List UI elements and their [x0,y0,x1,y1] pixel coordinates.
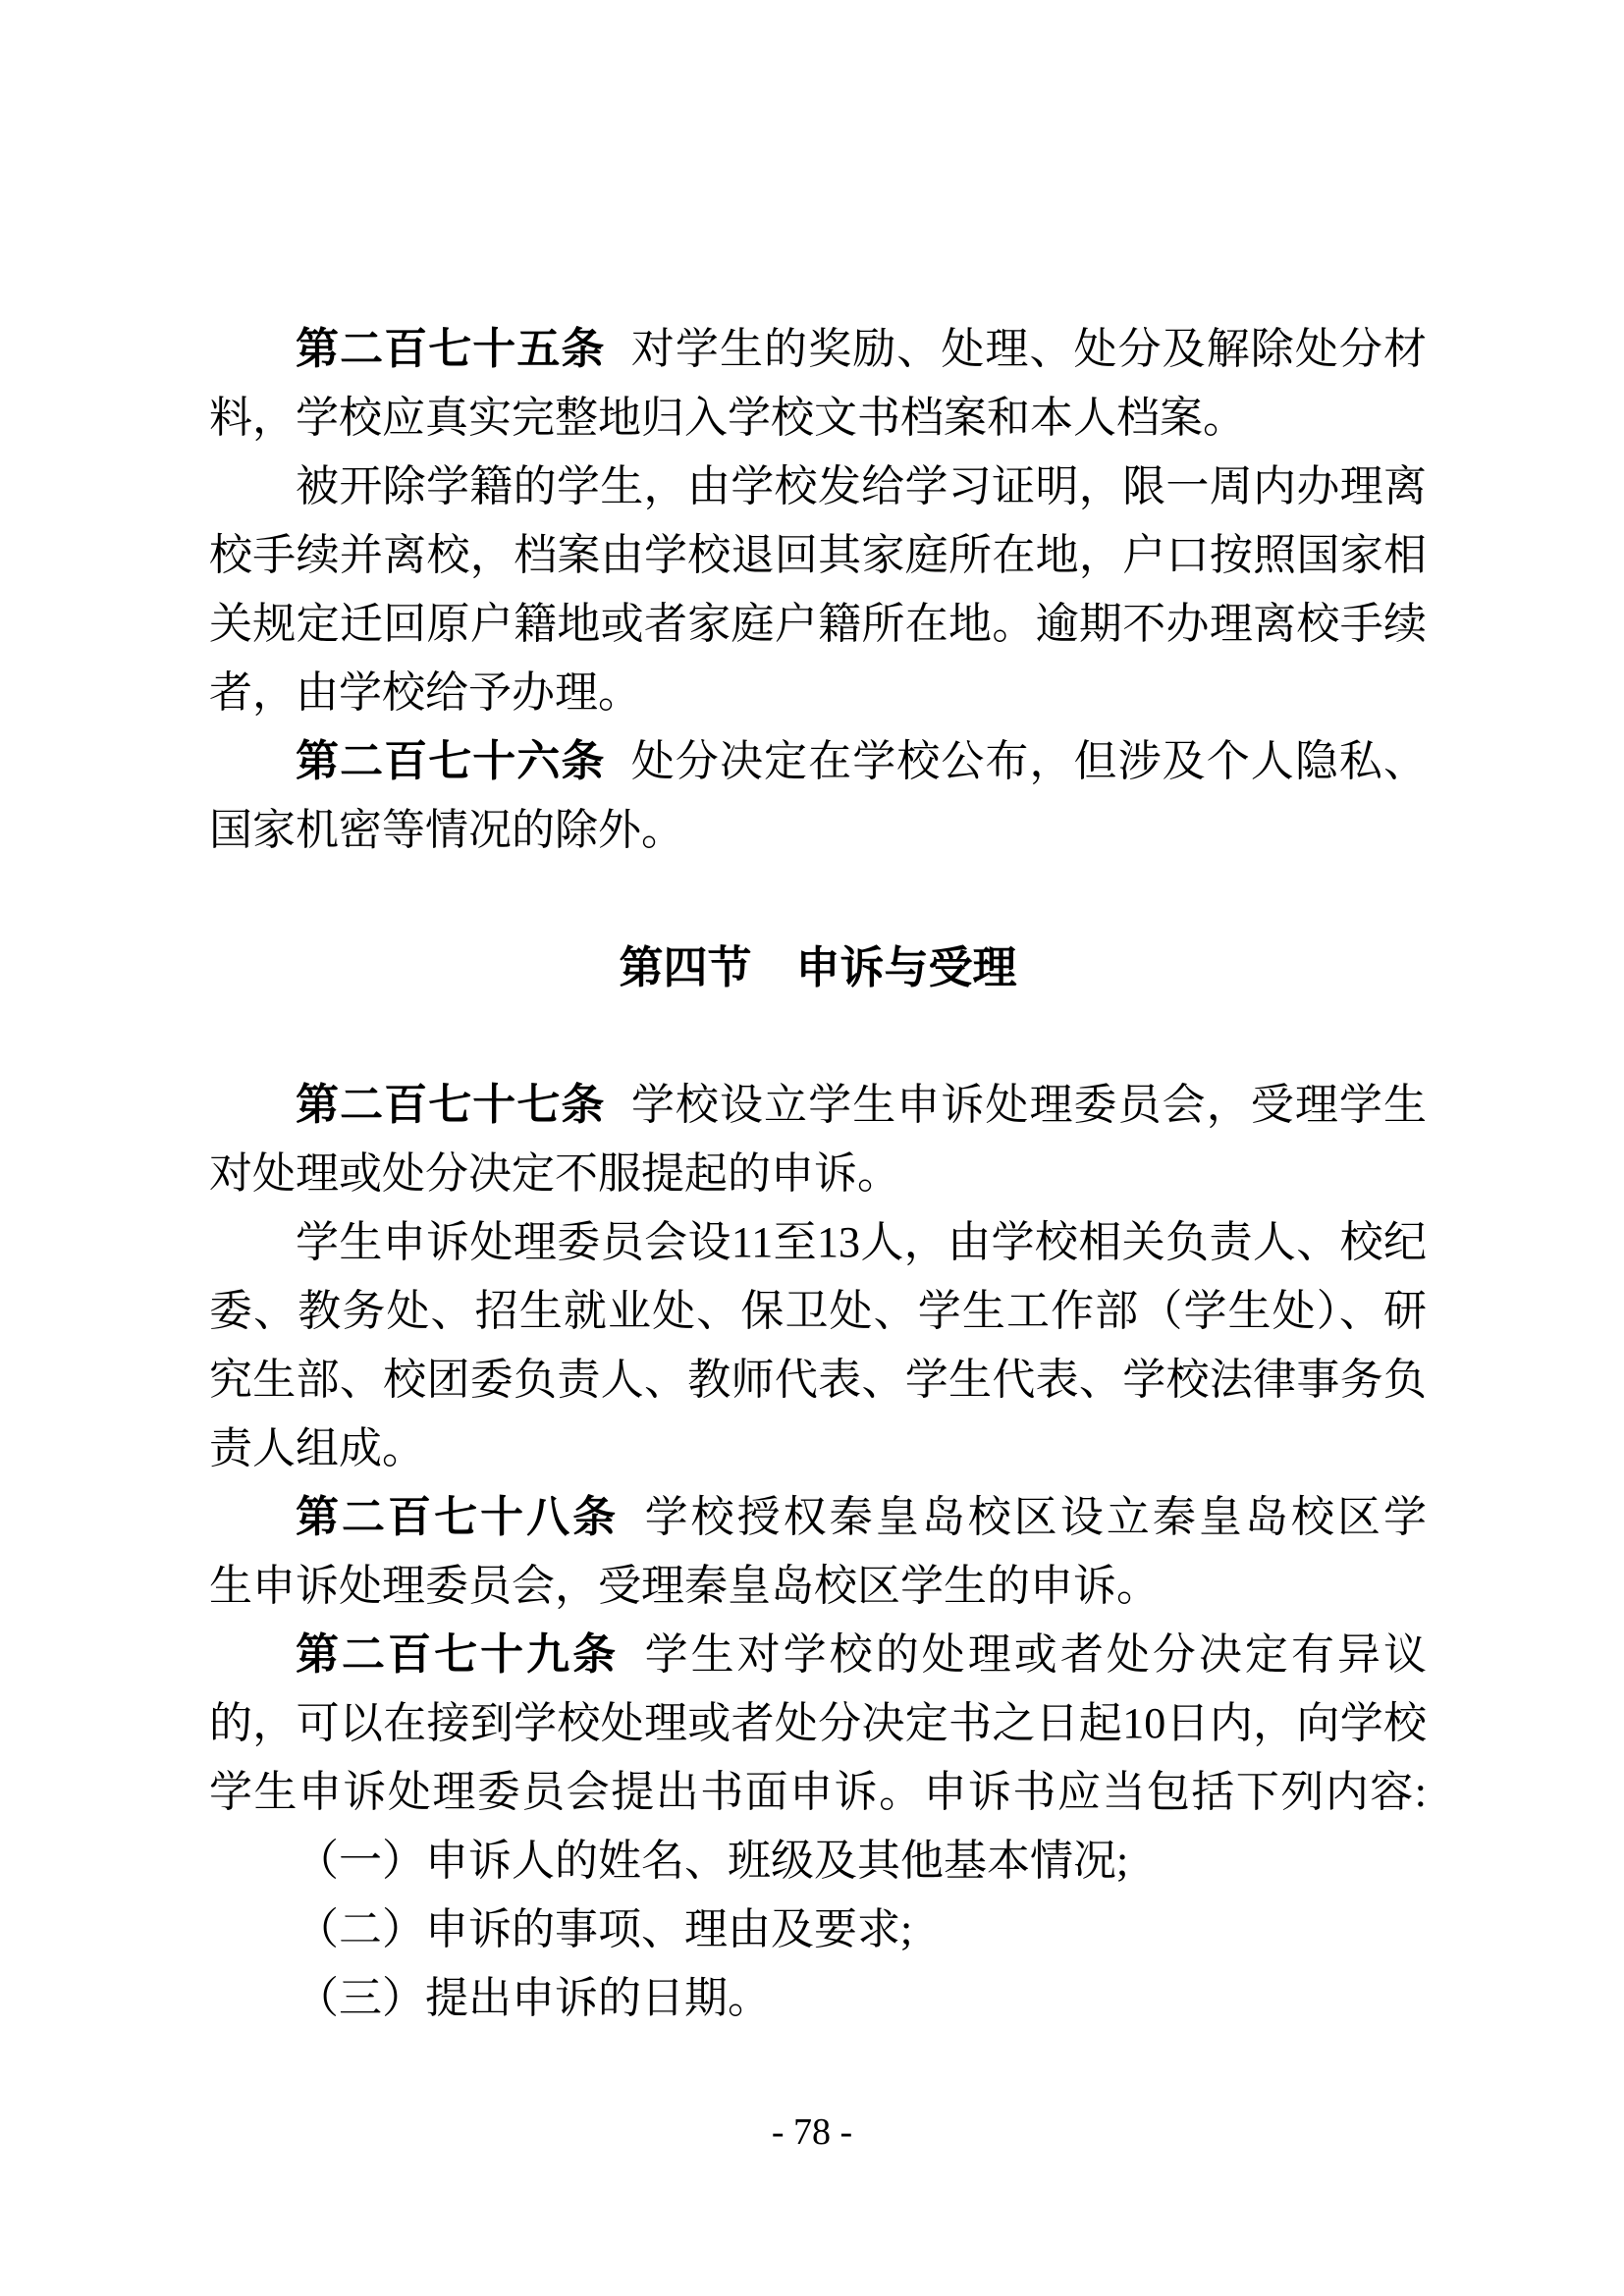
article-275-number: 第二百七十五条 [296,325,605,373]
article-279-line-1: 第二百七十九条学生对学校的处理或者处分决定有异议 [209,1621,1427,1689]
appeal-item-3: （三）提出申诉的日期。 [209,1964,1427,2033]
appeal-item-1: （一）申诉人的姓名、班级及其他基本情况; [209,1827,1427,1896]
article-279-number: 第二百七十九条 [296,1630,619,1679]
committee-paragraph-line-4: 责人组成。 [209,1415,1427,1483]
appeal-item-2: （二）申诉的事项、理由及要求; [209,1896,1427,1964]
article-275-line-1: 第二百七十五条对学生的奖励、处理、处分及解除处分材 [209,315,1427,384]
expulsion-paragraph-line-4: 者，由学校给予办理。 [209,659,1427,727]
article-277-text: 学校设立学生申诉处理委员会，受理学生 [631,1081,1427,1129]
expulsion-paragraph-line-3: 关规定迁回原户籍地或者家庭户籍所在地。逾期不办理离校手续 [209,590,1427,659]
document-page: 第二百七十五条对学生的奖励、处理、处分及解除处分材 料，学校应真实完整地归入学校… [0,0,1624,2296]
article-275-line-2: 料，学校应真实完整地归入学校文书档案和本人档案。 [209,384,1427,453]
section-heading: 第四节申诉与受理 [209,934,1427,1002]
committee-paragraph-line-2: 委、教务处、招生就业处、保卫处、学生工作部（学生处）、研 [209,1277,1427,1346]
section-number: 第四节 [619,943,751,992]
committee-paragraph-line-3: 究生部、校团委负责人、教师代表、学生代表、学校法律事务负 [209,1346,1427,1415]
article-276-line-2: 国家机密等情况的除外。 [209,796,1427,865]
article-279-text: 学生对学校的处理或者处分决定有异议 [645,1630,1427,1679]
article-275-text: 对学生的奖励、处理、处分及解除处分材 [631,325,1427,373]
section-title: 申诉与受理 [796,943,1017,992]
article-277-number: 第二百七十七条 [296,1081,605,1129]
article-278-line-1: 第二百七十八条学校授权秦皇岛校区设立秦皇岛校区学 [209,1483,1427,1552]
article-277-line-1: 第二百七十七条学校设立学生申诉处理委员会，受理学生 [209,1071,1427,1140]
article-278-number: 第二百七十八条 [296,1493,619,1541]
committee-paragraph-line-1: 学生申诉处理委员会设11至13人，由学校相关负责人、校纪 [209,1208,1427,1277]
article-279-line-3: 学生申诉处理委员会提出书面申诉。申诉书应当包括下列内容: [209,1758,1427,1827]
article-276-number: 第二百七十六条 [296,737,605,785]
document-body: 第二百七十五条对学生的奖励、处理、处分及解除处分材 料，学校应真实完整地归入学校… [209,315,1427,2033]
article-277-line-2: 对处理或处分决定不服提起的申诉。 [209,1140,1427,1208]
article-278-line-2: 生申诉处理委员会，受理秦皇岛校区学生的申诉。 [209,1552,1427,1621]
article-276-text: 处分决定在学校公布，但涉及个人隐私、 [631,737,1427,785]
page-number: - 78 - [0,2110,1624,2154]
article-278-text: 学校授权秦皇岛校区设立秦皇岛校区学 [645,1493,1427,1541]
article-279-line-2: 的，可以在接到学校处理或者处分决定书之日起10日内，向学校 [209,1689,1427,1758]
expulsion-paragraph-line-1: 被开除学籍的学生，由学校发给学习证明，限一周内办理离 [209,453,1427,521]
article-276-line-1: 第二百七十六条处分决定在学校公布，但涉及个人隐私、 [209,727,1427,796]
expulsion-paragraph-line-2: 校手续并离校，档案由学校退回其家庭所在地，户口按照国家相 [209,521,1427,590]
